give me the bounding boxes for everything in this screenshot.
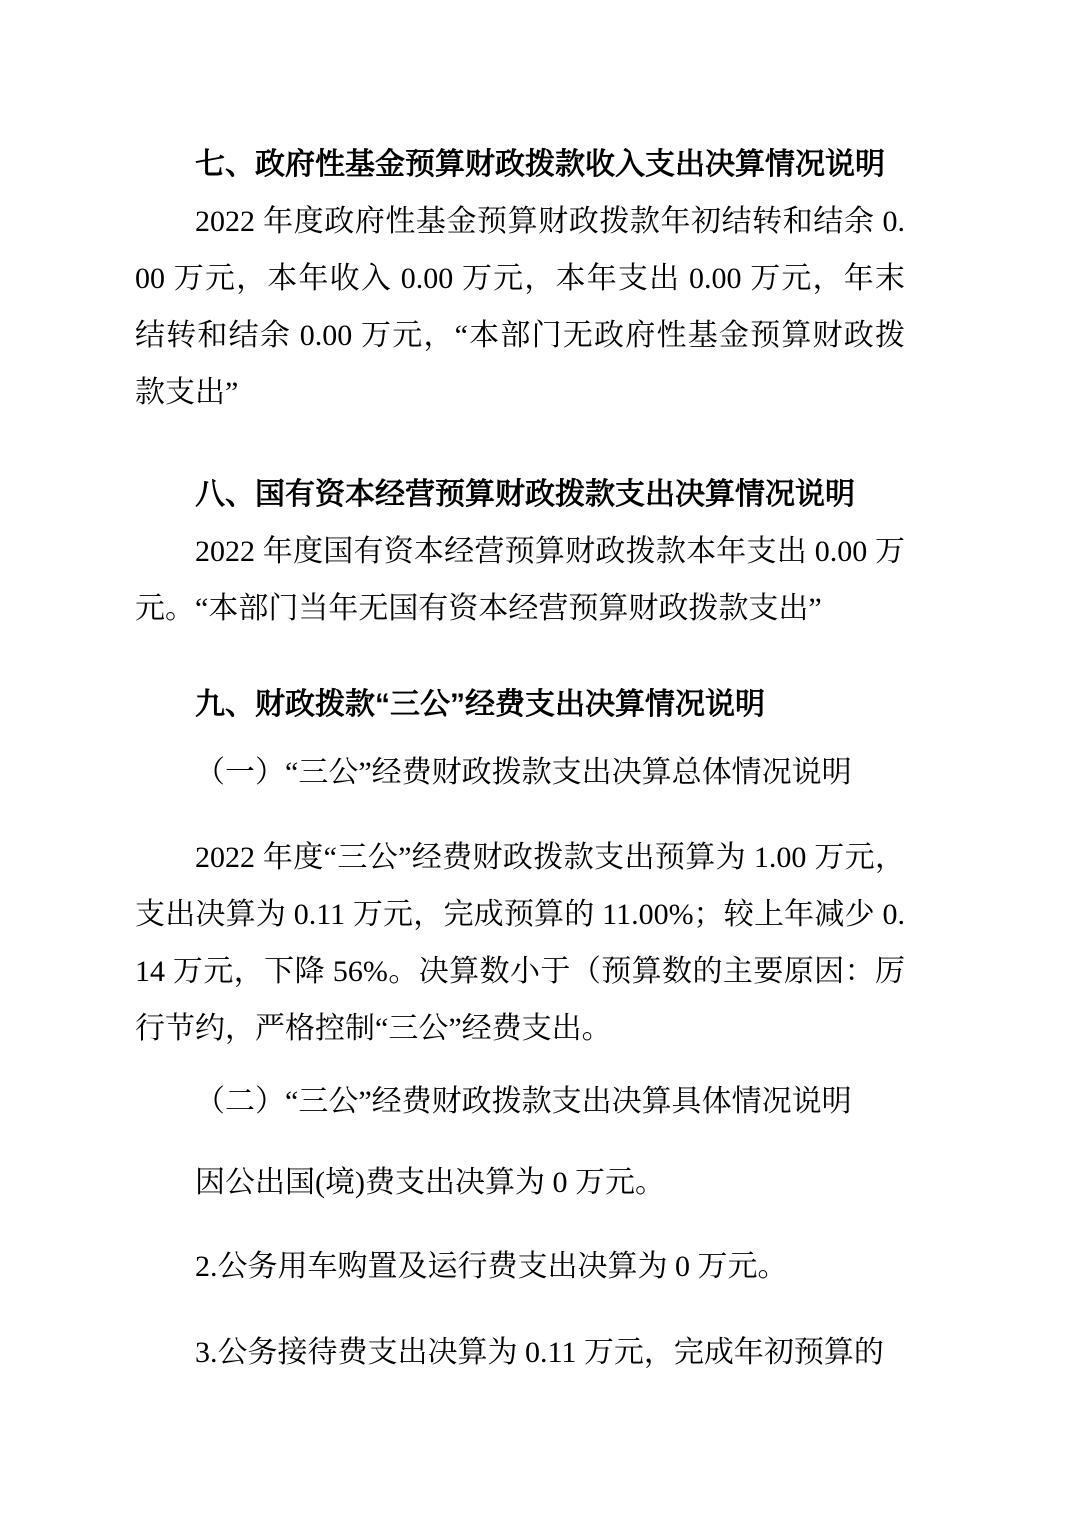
document-body: 七、政府性基金预算财政拨款收入支出决算情况说明 2022 年度政府性基金预算财政…	[0, 0, 1075, 1381]
section-9-heading: 九、财政拨款“三公”经费支出决算情况说明	[135, 676, 905, 733]
section-9-part-2-item-1: 因公出国(境)费支出决算为 0 万元。	[135, 1154, 905, 1211]
section-8-heading: 八、国有资本经营预算财政拨款支出决算情况说明	[135, 466, 905, 523]
document-page: 七、政府性基金预算财政拨款收入支出决算情况说明 2022 年度政府性基金预算财政…	[0, 0, 1075, 1521]
section-9-part-2-item-3: 3.公务接待费支出决算为 0.11 万元，完成年初预算的	[135, 1324, 905, 1381]
section-9-part-2-item-2: 2.公务用车购置及运行费支出决算为 0 万元。	[135, 1238, 905, 1295]
section-9-part-2-subheading: （二）“三公”经费财政拨款支出决算具体情况说明	[135, 1073, 905, 1130]
section-9-part-1-paragraph: 2022 年度“三公”经费财政拨款支出预算为 1.00 万元，支出决算为 0.1…	[135, 829, 905, 1057]
section-7-heading: 七、政府性基金预算财政拨款收入支出决算情况说明	[135, 136, 905, 193]
section-8-paragraph: 2022 年度国有资本经营预算财政拨款本年支出 0.00 万元。“本部门当年无国…	[135, 523, 905, 637]
section-9-part-1-subheading: （一）“三公”经费财政拨款支出决算总体情况说明	[135, 744, 905, 801]
section-7-paragraph: 2022 年度政府性基金预算财政拨款年初结转和结余 0.00 万元，本年收入 0…	[135, 193, 905, 421]
